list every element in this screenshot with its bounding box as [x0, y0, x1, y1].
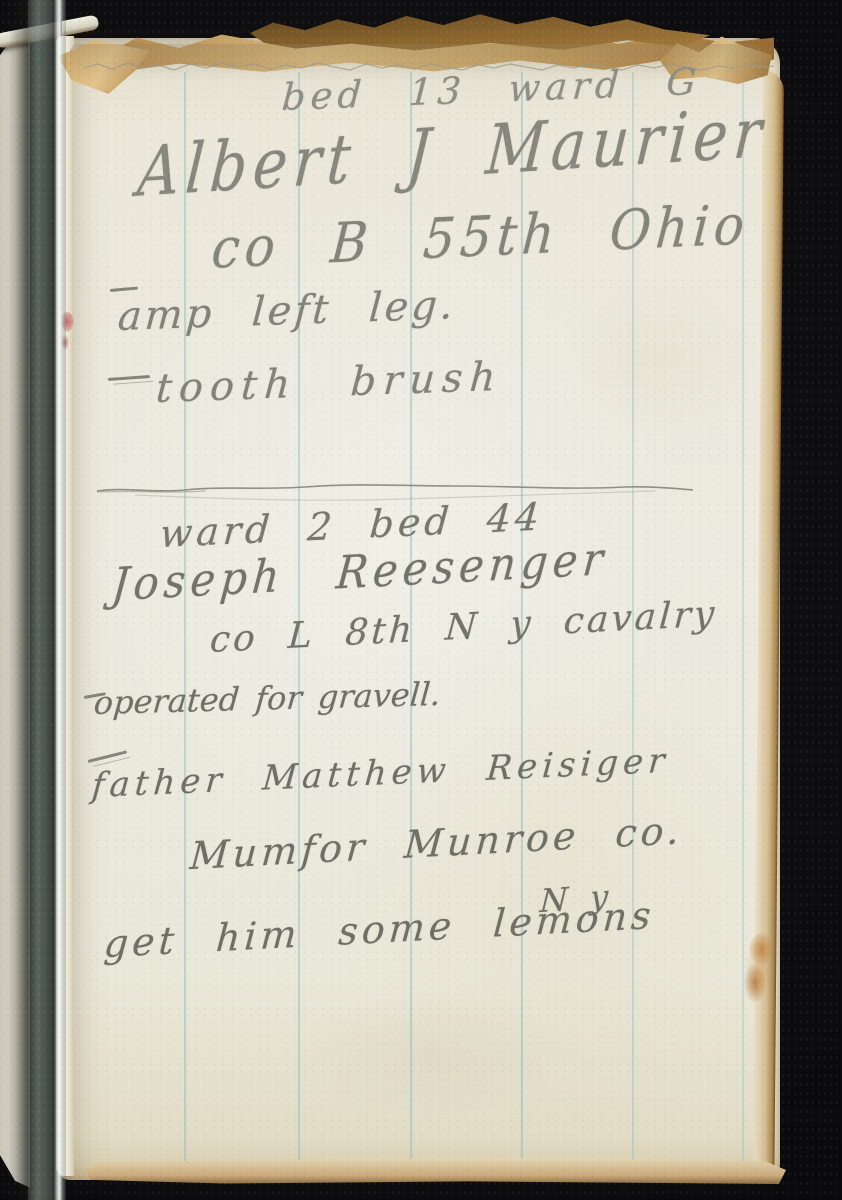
ruled-line [184, 72, 186, 1170]
glass-plate-edge [28, 0, 66, 1200]
notebook-photograph: bed 13 ward G Albert J Maurier co B 55th… [0, 0, 842, 1200]
paper-smudge [560, 280, 760, 440]
divider-line [95, 478, 695, 504]
paper-smudge [290, 990, 570, 1120]
page-edge-stack-bottom [84, 1158, 786, 1184]
rust-stain [736, 926, 778, 1018]
